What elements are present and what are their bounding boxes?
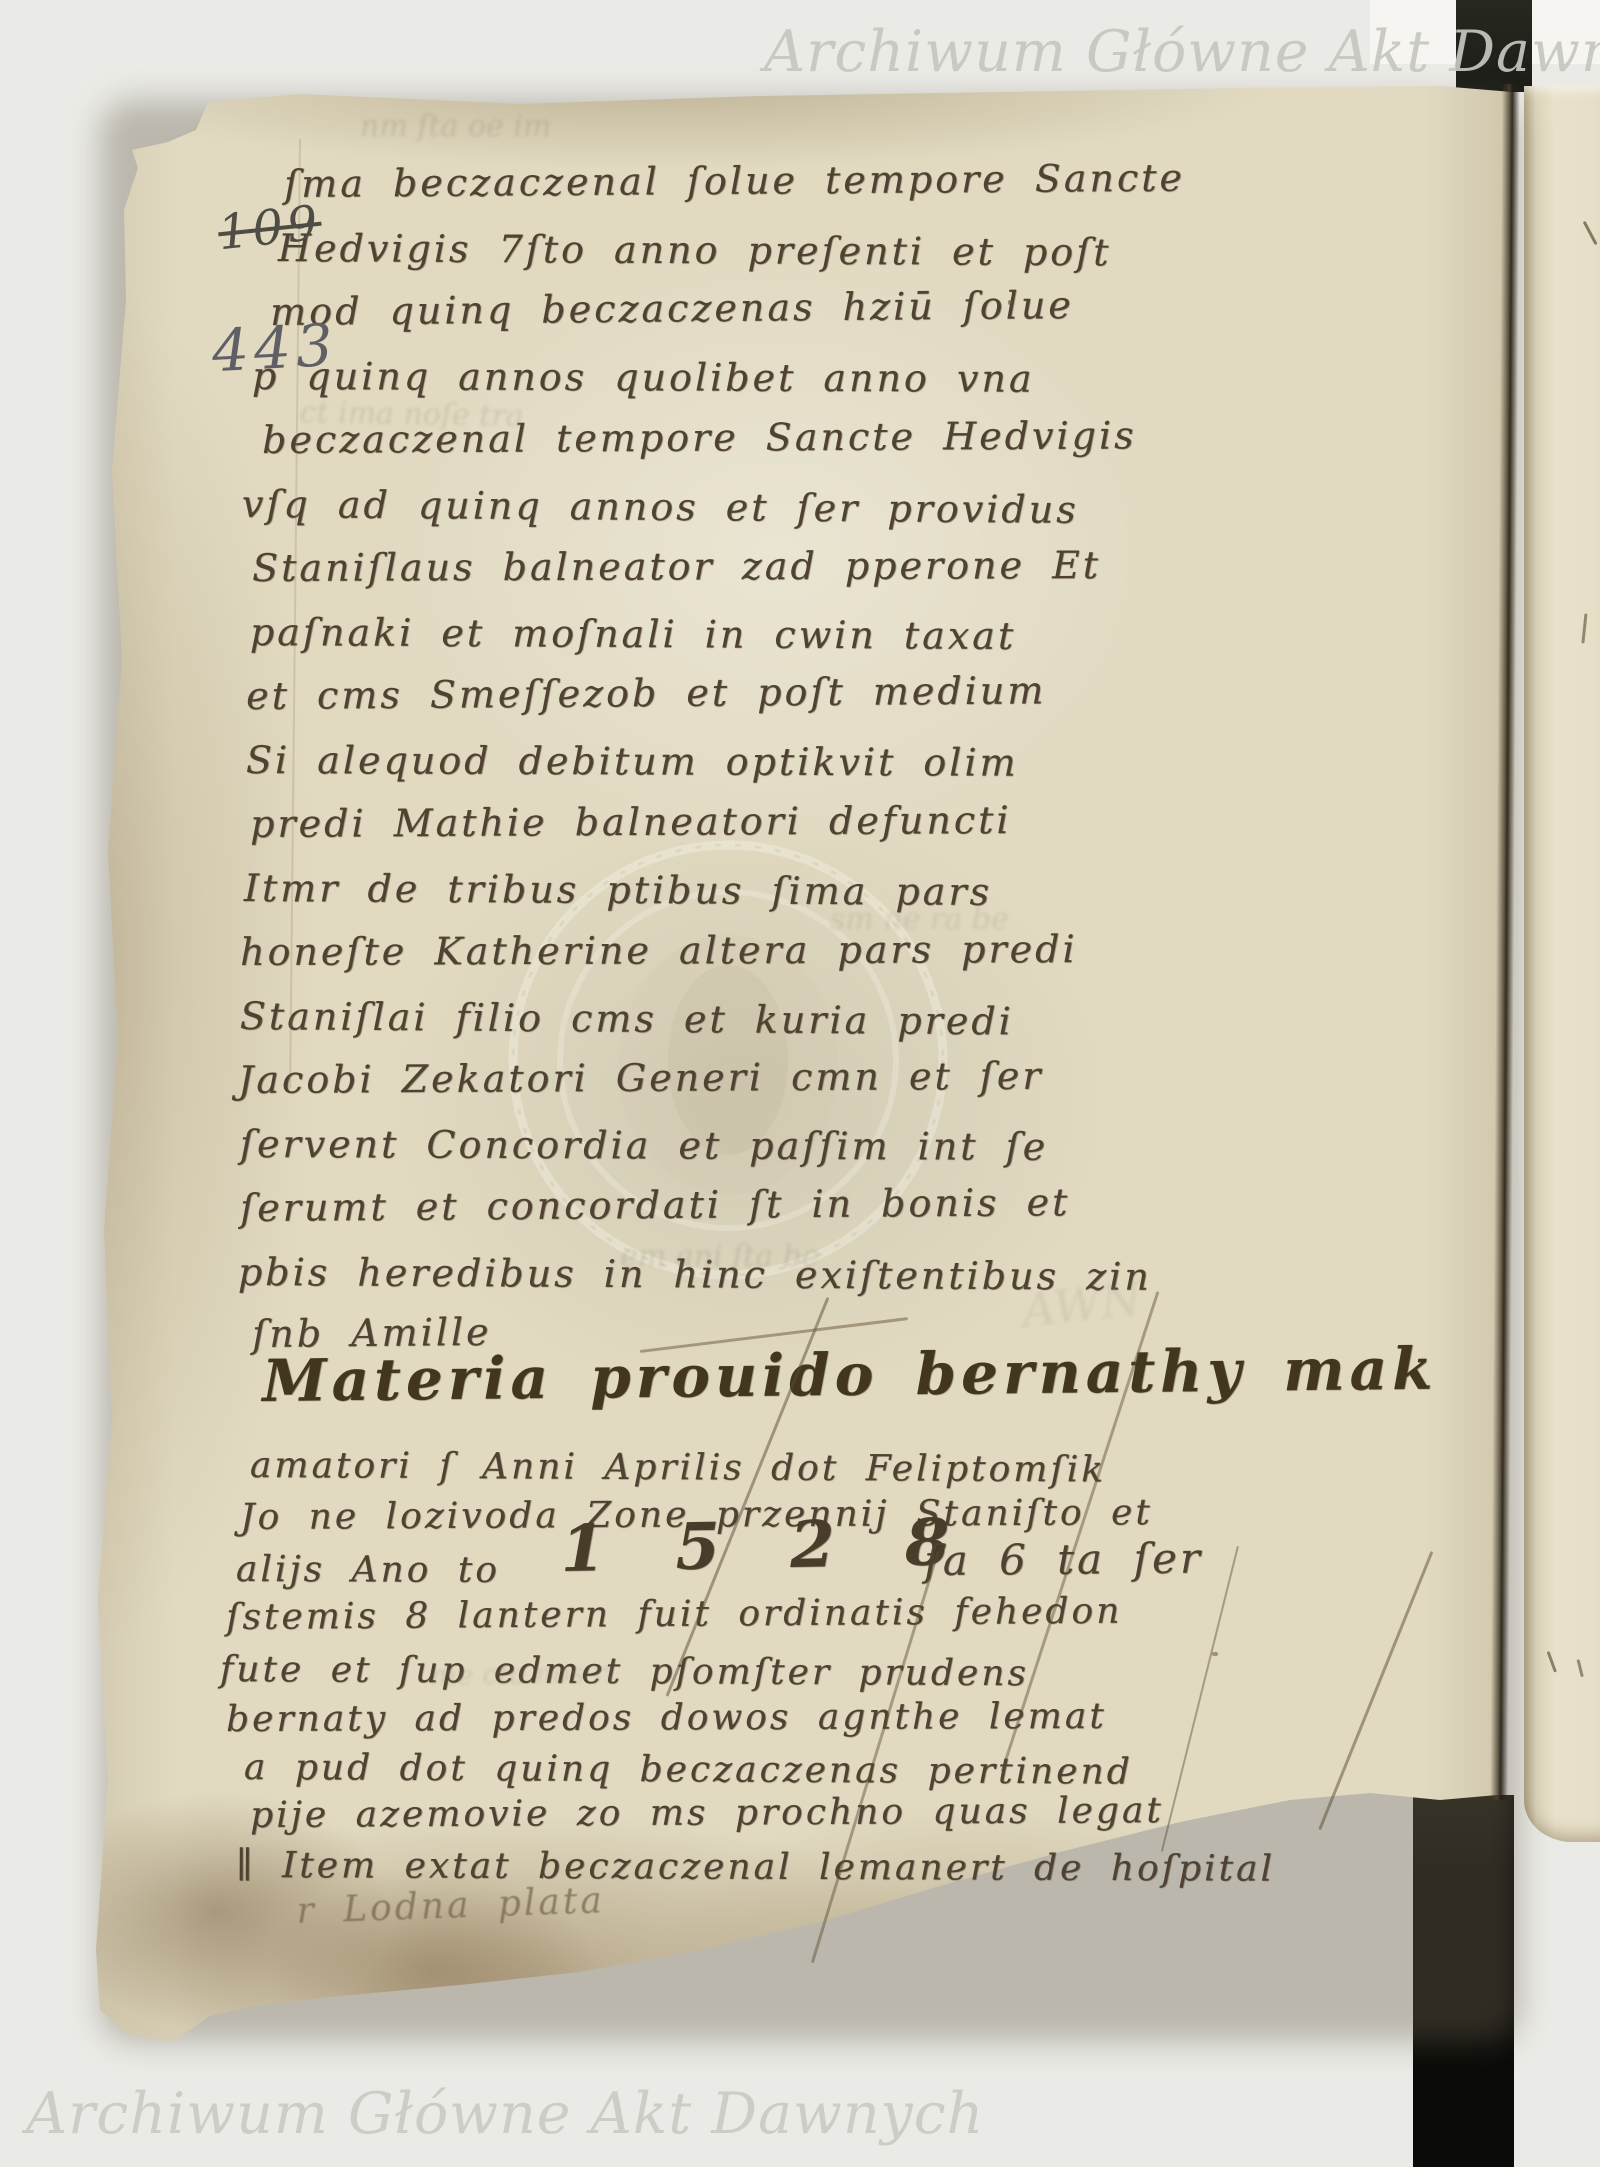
manuscript-line: vſq ad quinq annos et ſer providus: [242, 485, 1079, 529]
manuscript-line: a pud dot quinq beczaczenas pertinend: [244, 1750, 1133, 1791]
manuscript-line: ∥ Item extat beczaczenal lemanert de hoſ…: [236, 1848, 1275, 1888]
manuscript-line: ſstemis 8 lantern fuit ordinatis fehedon: [226, 1594, 1122, 1636]
manuscript-line: ſerumt et concordati ſt in bonis et: [240, 1183, 1070, 1227]
manuscript-line: alijs Ano to: [236, 1552, 500, 1589]
manuscript-line: ſma beczaczenal ſolue tempore Sancte: [284, 159, 1185, 203]
ghost-line: nm ſta oe im: [360, 112, 551, 142]
manuscript-line: et cms Smeſſezob et poſt medium: [246, 671, 1046, 715]
ink-mark: [1581, 613, 1587, 643]
ghost-line: me cta nos ri: [430, 1659, 616, 1690]
manuscript-line: fute et ſup edmet pſomſter prudens: [220, 1652, 1029, 1692]
pen-stroke: [1161, 1546, 1239, 1852]
pen-stroke: [1318, 1551, 1433, 1830]
manuscript-line: Hedvigis 7ſto anno preſenti et poſt: [278, 229, 1112, 271]
ghost-line: AWN: [1020, 1276, 1143, 1334]
manuscript-line: Staniſlai filio cms et kuria predi: [240, 997, 1014, 1040]
manuscript-line: ſervent Concordia et paſſim int ſe: [240, 1125, 1048, 1166]
ink-mark: [1547, 1651, 1557, 1673]
archive-watermark-top: Archiwum Główne Akt Dawnych: [764, 24, 1600, 81]
ghost-line: em ani ſta be: [620, 1242, 820, 1272]
folio-number: 443: [210, 311, 339, 385]
manuscript-line: mod quinq beczaczenas hziū ſolue: [270, 286, 1074, 331]
archival-scan: 109 443 ſma beczaczenal ſolue tempore Sa…: [0, 0, 1600, 2167]
pen-stroke: [1212, 1652, 1218, 1656]
manuscript-line: Si alequod debitum optikvit olim: [246, 741, 1019, 782]
manuscript-line: bernaty ad predos dowos agnthe lemat: [226, 1699, 1107, 1738]
folio-number-crossed-out: 109: [215, 195, 324, 262]
manuscript-line: 1 5 2 8: [560, 1511, 968, 1582]
manuscript-line: pije azemovie zo ms prochno quas legat: [250, 1793, 1164, 1834]
manuscript-line: p quinq annos quolibet anno vna: [252, 357, 1035, 398]
manuscript-line: amatori ſ Anni Aprilis dot Feliptomſik: [250, 1448, 1106, 1488]
manuscript-line: predi Mathie balneatori defuncti: [250, 801, 1012, 843]
pen-stroke: [1008, 300, 1014, 305]
ink-layer: 109 443 ſma beczaczenal ſolue tempore Sa…: [0, 0, 1600, 2167]
ghost-line: sm ne ra be: [830, 905, 1009, 935]
archive-watermark-bottom: Archiwum Główne Akt Dawnych: [26, 2086, 984, 2143]
manuscript-line: Jacobi Zekatori Generi cmn et ſer: [238, 1057, 1044, 1099]
manuscript-line: paſnaki et moſnali in cwin taxat: [250, 613, 1016, 655]
manuscript-line: r Lodna plata: [296, 1883, 605, 1930]
ink-mark: [1577, 1659, 1584, 1677]
ink-mark: [1583, 221, 1598, 245]
ghost-line: ct ima noſe tra: [299, 398, 523, 432]
manuscript-line: Materia prouido bernathy mak: [262, 1340, 1438, 1410]
manuscript-line: Staniſlaus balneator zad pperone Et: [252, 546, 1101, 587]
